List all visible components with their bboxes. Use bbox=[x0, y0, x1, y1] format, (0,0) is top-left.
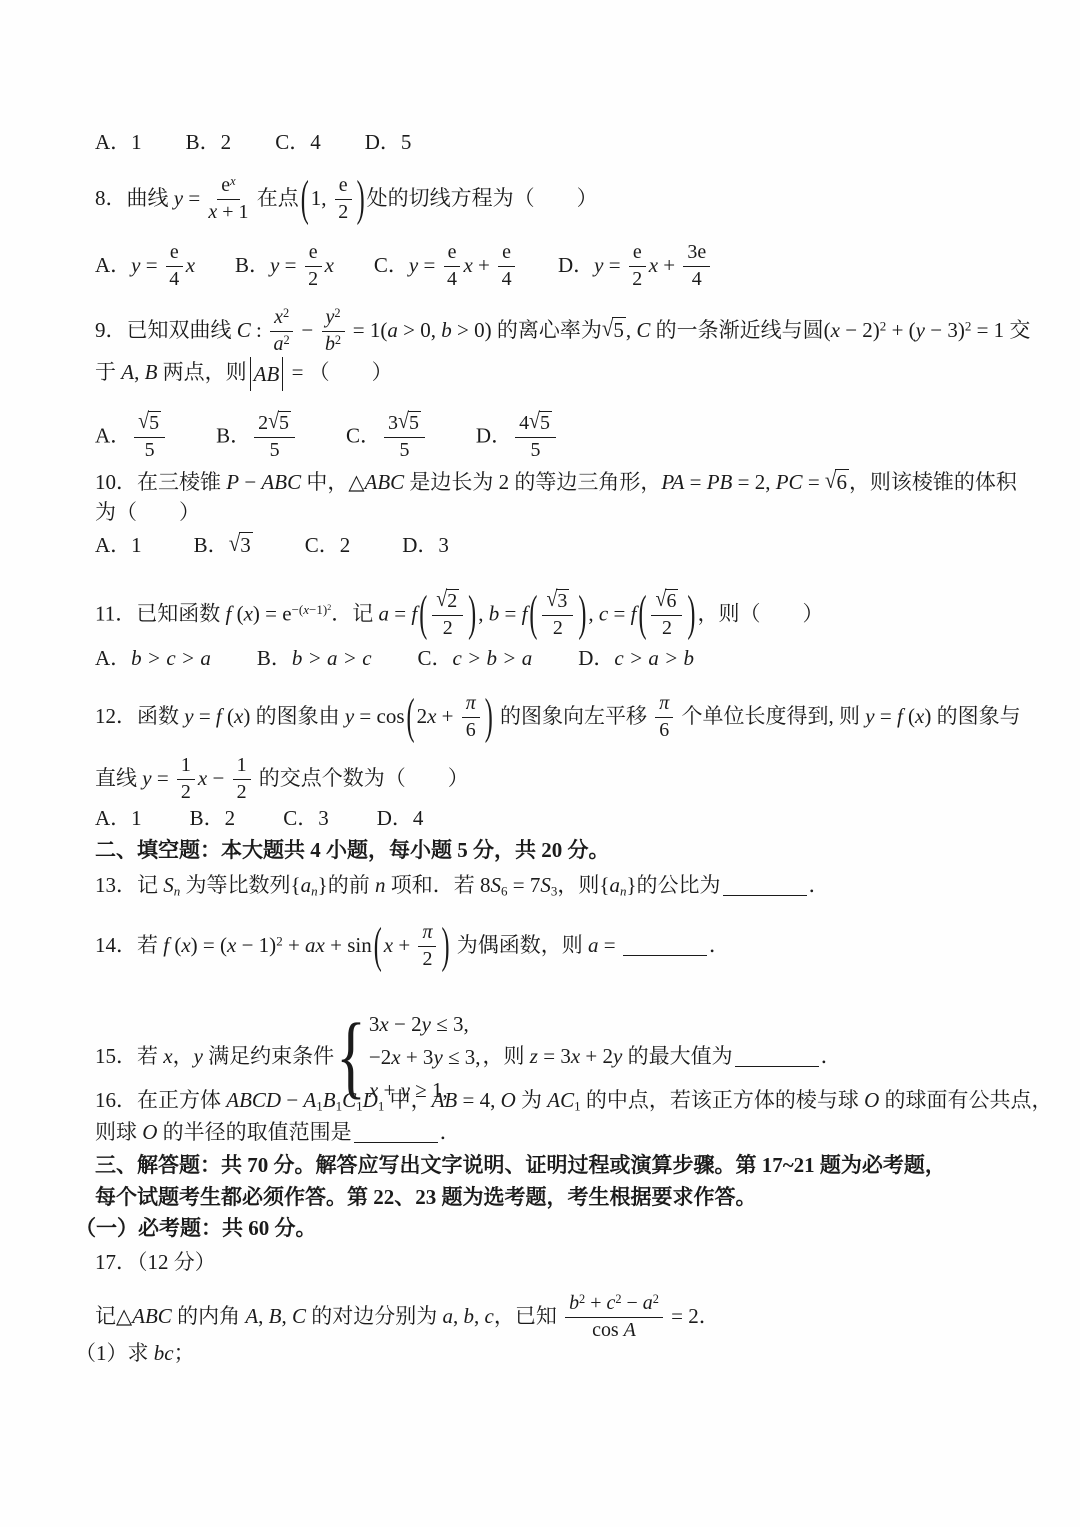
math-run: x bbox=[198, 766, 207, 790]
text-run: = bbox=[499, 601, 521, 625]
math-run: x bbox=[208, 201, 217, 223]
text-run: = 4, bbox=[457, 1088, 500, 1112]
exam-page: A．1B．2C．4D．5 8．曲线 y = exx + 1 在点(1, e2)处… bbox=[0, 0, 1080, 1527]
text-run: 5 bbox=[540, 412, 550, 434]
paren-group: (√22) bbox=[418, 590, 477, 641]
question-9-line-2: 于 A, B 两点，则AB = （ ） bbox=[95, 357, 393, 391]
radicand: 6 bbox=[665, 589, 678, 612]
fraction-denominator: 6 bbox=[659, 718, 669, 743]
radical-sign-icon: √ bbox=[602, 311, 614, 345]
text-run: = bbox=[279, 253, 301, 277]
paren-content: √62 bbox=[648, 590, 685, 641]
fraction-numerator: e bbox=[166, 241, 183, 267]
right-paren-icon: ) bbox=[440, 922, 450, 972]
math-run: ABCD bbox=[226, 1088, 281, 1112]
text-run: ，则 bbox=[557, 873, 599, 897]
paren-group: (x + π2) bbox=[373, 922, 451, 972]
text-run: 3 bbox=[369, 1012, 380, 1036]
math-run: A bbox=[303, 1088, 316, 1112]
fraction-denominator: 5 bbox=[531, 438, 541, 463]
math-run: x bbox=[186, 253, 195, 277]
text-run: = bbox=[183, 186, 205, 210]
text-run: A． bbox=[95, 646, 131, 670]
fraction-denominator: 2 bbox=[662, 616, 672, 641]
text-run: = bbox=[152, 766, 174, 790]
text-run: 17．（12 分） bbox=[95, 1250, 216, 1274]
text-run: = 1 交 bbox=[971, 318, 1030, 342]
fraction: e4 bbox=[498, 241, 515, 291]
absolute-value: AB bbox=[250, 357, 284, 391]
fraction-numerator: e bbox=[629, 241, 646, 267]
radicand: 5 bbox=[539, 411, 552, 434]
question-17-header: 17．（12 分） bbox=[95, 1247, 216, 1277]
math-run: y bbox=[142, 766, 151, 790]
radical-sign-icon: √ bbox=[138, 409, 149, 435]
text-run: + bbox=[393, 933, 415, 957]
fraction-numerator: √3 bbox=[542, 589, 573, 616]
text-run: 2 bbox=[632, 268, 642, 290]
math-run: π bbox=[466, 692, 476, 714]
math-run: D bbox=[363, 1088, 378, 1112]
math-run: S bbox=[540, 873, 551, 897]
text-run: 5 bbox=[613, 318, 624, 342]
fraction-numerator: √5 bbox=[134, 411, 165, 438]
math-run: y bbox=[270, 253, 279, 277]
fraction-denominator: 6 bbox=[466, 718, 476, 743]
math-run: x bbox=[427, 704, 436, 728]
question-17-body: 记△ABC 的内角 A, B, C 的对边分别为 a, b, c，已知 b2 +… bbox=[95, 1293, 720, 1343]
math-run: y bbox=[409, 253, 418, 277]
text-run: − bbox=[207, 766, 229, 790]
fraction-numerator: y2 bbox=[322, 306, 345, 332]
text-run: ， bbox=[173, 1044, 194, 1068]
text-run: ) 的图象由 bbox=[243, 704, 345, 728]
text-run: 4 bbox=[692, 268, 702, 290]
text-run: 5 bbox=[279, 412, 289, 434]
math-run: B bbox=[269, 1304, 282, 1328]
fraction: exx + 1 bbox=[208, 174, 248, 224]
fraction-numerator: e bbox=[444, 241, 461, 267]
section-2-header: 二、填空题：本大题共 4 小题，每小题 5 分，共 20 分。 bbox=[95, 835, 610, 865]
text-run: 为偶函数，则 bbox=[452, 933, 589, 957]
section-3-subheader: （一）必考题：共 60 分。 bbox=[75, 1213, 317, 1243]
text-run: , bbox=[474, 1304, 485, 1328]
case-row: −2x + 3y ≤ 3, bbox=[369, 1044, 481, 1070]
radicand: 6 bbox=[835, 469, 849, 493]
math-run: a bbox=[643, 1292, 653, 1314]
text-run: −( bbox=[292, 602, 304, 617]
fraction: √22 bbox=[432, 589, 463, 640]
text-run: ( bbox=[231, 601, 243, 625]
superscript: x bbox=[230, 174, 236, 188]
fraction-numerator: b2 + c2 − a2 bbox=[565, 1292, 663, 1318]
fraction-numerator: π bbox=[418, 921, 436, 947]
math-run: x bbox=[649, 253, 658, 277]
fraction-denominator: 4 bbox=[692, 267, 702, 292]
text-run: 记△ bbox=[95, 1304, 132, 1328]
math-run: a bbox=[301, 873, 312, 897]
text-run: = bbox=[684, 470, 706, 494]
question-8: 8．曲线 y = exx + 1 在点(1, e2)处的切线方程为（ ） bbox=[95, 175, 598, 225]
square-root: √3 bbox=[546, 590, 569, 612]
text-run: = bbox=[141, 253, 163, 277]
text-run: , bbox=[588, 601, 599, 625]
text-run: 的最大值为 bbox=[622, 1044, 732, 1068]
fraction: 12 bbox=[177, 754, 195, 804]
square-root: √5 bbox=[529, 412, 552, 434]
question-12-line-1: 12．函数 y = f (x) 的图象由 y = cos(2x + π6) 的图… bbox=[95, 693, 1021, 743]
fraction-denominator: 2 bbox=[422, 947, 432, 972]
fraction-numerator: π bbox=[655, 692, 673, 718]
radicand: 3 bbox=[556, 589, 569, 612]
text-run: ． bbox=[440, 1120, 461, 1144]
fraction-numerator: 1 bbox=[177, 754, 195, 780]
fraction-denominator: 2 bbox=[308, 267, 318, 292]
radical-sign-icon: √ bbox=[529, 409, 540, 435]
text-run: − 2) bbox=[840, 318, 880, 342]
math-run: b bbox=[489, 601, 500, 625]
text-run: > 0) 的离心率为 bbox=[452, 318, 602, 342]
superscript: −(x−1)2 bbox=[292, 602, 332, 617]
text-run: 2 bbox=[258, 412, 268, 434]
text-run: 为（ ） bbox=[95, 500, 200, 524]
math-run: C bbox=[342, 1088, 356, 1112]
text-run: 直线 bbox=[95, 766, 142, 790]
math-run: x bbox=[181, 933, 190, 957]
math-run: y bbox=[865, 704, 874, 728]
math-run: B bbox=[145, 360, 158, 384]
text-run: C． bbox=[374, 253, 409, 277]
math-run: O bbox=[142, 1120, 157, 1144]
text-run: 为等比数列 bbox=[180, 873, 290, 897]
left-paren-icon: ( bbox=[418, 591, 428, 641]
section-3-header-line-1: 三、解答题：共 70 分。解答应写出文字说明、证明过程或演算步骤。第 17~21… bbox=[95, 1150, 946, 1180]
text-run: 2 bbox=[422, 948, 432, 970]
text-run: + bbox=[436, 704, 458, 728]
text-run: D．3 bbox=[402, 533, 449, 557]
text-run: − bbox=[239, 470, 261, 494]
math-run: O bbox=[501, 1088, 516, 1112]
text-run: = bbox=[875, 704, 897, 728]
text-run: 4 bbox=[502, 268, 512, 290]
right-paren-icon: ) bbox=[356, 175, 366, 225]
text-run: 中，△ bbox=[301, 470, 364, 494]
text-run: 2 bbox=[553, 617, 563, 639]
text-run: A．1 bbox=[95, 130, 142, 154]
question-10-options: A．1B．√3C．2D．3 bbox=[95, 530, 449, 560]
square-root: √6 bbox=[655, 590, 678, 612]
text-run: 2 bbox=[417, 704, 428, 728]
text-run: e bbox=[221, 174, 230, 196]
fraction-denominator: 4 bbox=[169, 267, 179, 292]
fraction-denominator: 2 bbox=[632, 267, 642, 292]
text-run: C． bbox=[418, 646, 453, 670]
fraction: e4 bbox=[166, 241, 183, 291]
question-10-line-2: 为（ ） bbox=[95, 497, 200, 527]
text-run: , bbox=[281, 1304, 292, 1328]
math-run: ABC bbox=[365, 470, 405, 494]
text-run: 2 bbox=[443, 617, 453, 639]
fraction-denominator: 5 bbox=[399, 438, 409, 463]
text-run: B．2 bbox=[186, 130, 232, 154]
text-run: 6 bbox=[836, 470, 847, 494]
math-run: B bbox=[323, 1088, 336, 1112]
math-run: z bbox=[530, 1044, 538, 1068]
fraction-denominator: 2 bbox=[553, 616, 563, 641]
text-run: = bbox=[389, 601, 411, 625]
fraction: 2√55 bbox=[254, 411, 295, 462]
text-run: 3 bbox=[557, 590, 567, 612]
square-root: √5 bbox=[268, 412, 291, 434]
answer-blank bbox=[623, 951, 707, 956]
square-root: √3 bbox=[229, 533, 253, 557]
text-run: } bbox=[318, 873, 328, 897]
text-run: − 2 bbox=[389, 1012, 422, 1036]
math-run: x bbox=[571, 1044, 580, 1068]
text-run: 2 bbox=[181, 781, 191, 803]
question-13: 13．记 Sn 为等比数列{an}的前 n 项和．若 8S6 = 7S3，则{a… bbox=[95, 870, 830, 906]
text-run: 的前 bbox=[328, 873, 375, 897]
radical-sign-icon: √ bbox=[436, 587, 447, 613]
text-run: ． bbox=[809, 873, 830, 897]
text-run: 2 bbox=[308, 268, 318, 290]
fraction-numerator: 2√5 bbox=[254, 411, 295, 438]
fraction-denominator: 2 bbox=[237, 780, 247, 805]
math-run: PC bbox=[776, 470, 803, 494]
math-run: PB bbox=[707, 470, 733, 494]
math-run: C bbox=[237, 318, 251, 342]
math-run: x bbox=[831, 318, 840, 342]
paren-group: (2x + π6) bbox=[406, 693, 494, 743]
text-run: B． bbox=[194, 533, 229, 557]
radical-sign-icon: √ bbox=[546, 587, 557, 613]
superscript: 2 bbox=[653, 1292, 659, 1306]
exam-content: A．1B．2C．4D．5 8．曲线 y = exx + 1 在点(1, e2)处… bbox=[95, 0, 985, 1527]
paren-content: √32 bbox=[539, 590, 576, 641]
math-run: x bbox=[915, 704, 924, 728]
fraction: 4√55 bbox=[515, 411, 556, 462]
text-run: D．4 bbox=[377, 806, 424, 830]
math-run: c bbox=[599, 601, 608, 625]
question-12-line-2: 直线 y = 12x − 12 的交点个数为（ ） bbox=[95, 755, 469, 805]
text-run: 两点，则 bbox=[157, 360, 246, 384]
text-run: e bbox=[502, 241, 511, 263]
text-run: 三、解答题：共 70 分。解答应写出文字说明、证明过程或演算步骤。第 17~21… bbox=[95, 1153, 946, 1177]
superscript: 2 bbox=[334, 306, 340, 320]
square-root: √5 bbox=[138, 412, 161, 434]
fraction: b2 + c2 − a2cos A bbox=[565, 1292, 663, 1342]
text-run: + bbox=[283, 933, 305, 957]
left-paren-icon: ( bbox=[528, 591, 538, 641]
fraction-numerator: √2 bbox=[432, 589, 463, 616]
math-run: b > c > a bbox=[131, 646, 211, 670]
text-run: 个单位长度得到, 则 bbox=[676, 704, 865, 728]
text-run: , bbox=[453, 1304, 464, 1328]
math-run: f bbox=[631, 601, 637, 625]
question-16-line-2: 则球 O 的半径的取值范围是． bbox=[95, 1117, 461, 1147]
math-run: AB bbox=[432, 1088, 458, 1112]
question-8-options: A．y = e4xB．y = e2xC．y = e4x + e4D．y = e2… bbox=[95, 242, 713, 292]
math-run: x bbox=[230, 174, 236, 188]
text-run: （一）必考题：共 60 分。 bbox=[75, 1216, 317, 1240]
fraction-numerator: π bbox=[462, 692, 480, 718]
question-10-line-1: 10．在三棱锥 P − ABC 中，△ABC 是边长为 2 的等边三角形，PA … bbox=[95, 467, 1017, 497]
text-run: ．记 bbox=[331, 601, 378, 625]
text-run: 6 bbox=[659, 719, 669, 741]
text-run: ． bbox=[709, 933, 730, 957]
text-run: { bbox=[599, 873, 609, 897]
fraction-numerator: e bbox=[305, 241, 322, 267]
math-run: ABC bbox=[261, 470, 301, 494]
fraction-numerator: x2 bbox=[270, 306, 293, 332]
question-14: 14．若 f (x) = (x − 1)2 + ax + sin(x + π2)… bbox=[95, 922, 730, 972]
text-run: > 0, bbox=[398, 318, 441, 342]
left-paren-icon: ( bbox=[637, 591, 647, 641]
text-run: 11．已知函数 bbox=[95, 601, 225, 625]
text-run: 4 bbox=[519, 412, 529, 434]
text-run: 4 bbox=[447, 268, 457, 290]
square-root: √5 bbox=[602, 318, 626, 342]
radicand: 5 bbox=[408, 411, 421, 434]
text-run: = bbox=[603, 253, 625, 277]
text-run: A． bbox=[95, 423, 131, 447]
text-run: 的图象向左平移 bbox=[495, 704, 653, 728]
question-16-line-1: 16．在正方体 ABCD − A1B1C1D1 中，AB = 4, O 为 AC… bbox=[95, 1085, 1053, 1121]
radical-sign-icon: √ bbox=[229, 526, 241, 560]
text-run: + bbox=[658, 253, 680, 277]
text-run: B． bbox=[257, 646, 292, 670]
math-run: ABC bbox=[132, 1304, 172, 1328]
question-17-part-1: （1）求 bc； bbox=[75, 1338, 195, 1368]
paren-content: √22 bbox=[429, 590, 466, 641]
fraction-denominator: cos A bbox=[592, 1318, 636, 1343]
text-run: = bbox=[803, 470, 825, 494]
math-run: b bbox=[464, 1304, 475, 1328]
radicand: 3 bbox=[239, 532, 253, 556]
fraction: e2 bbox=[629, 241, 646, 291]
math-run: c bbox=[606, 1292, 615, 1314]
text-run: D． bbox=[476, 423, 512, 447]
math-run: y bbox=[916, 318, 925, 342]
paren-group: (√62) bbox=[637, 590, 696, 641]
radical-sign-icon: √ bbox=[268, 409, 279, 435]
answer-blank bbox=[735, 1062, 819, 1067]
text-run: ，则（ ） bbox=[697, 601, 823, 625]
text-run: 5 bbox=[531, 439, 541, 461]
text-run: 的一条渐近线与圆( bbox=[650, 318, 830, 342]
left-paren-icon: ( bbox=[406, 693, 416, 743]
math-run: π bbox=[659, 692, 669, 714]
text-run: ，则 bbox=[483, 1044, 530, 1068]
math-run: c > a > b bbox=[614, 646, 694, 670]
text-run: = 3 bbox=[538, 1044, 571, 1068]
question-11: 11．已知函数 f (x) = e−(x−1)2．记 a = f(√22), b… bbox=[95, 590, 823, 641]
math-run: x bbox=[244, 601, 253, 625]
text-run: = 7 bbox=[507, 873, 540, 897]
math-run: y bbox=[345, 704, 354, 728]
text-run: A．1 bbox=[95, 533, 142, 557]
radical-sign-icon: √ bbox=[655, 587, 666, 613]
text-run: 满足约束条件 bbox=[203, 1044, 334, 1068]
text-run: − 1) bbox=[236, 933, 276, 957]
math-run: a bbox=[588, 933, 599, 957]
text-run: 4 bbox=[169, 268, 179, 290]
math-run: C bbox=[636, 318, 650, 342]
text-run: { bbox=[291, 873, 301, 897]
radical-sign-icon: √ bbox=[825, 463, 837, 497]
text-run: B． bbox=[235, 253, 270, 277]
case-row: 3x − 2y ≤ 3, bbox=[369, 1011, 481, 1037]
text-run: 5 bbox=[149, 412, 159, 434]
text-run: e bbox=[309, 241, 318, 263]
text-run: B．2 bbox=[190, 806, 236, 830]
radicand: 2 bbox=[446, 589, 459, 612]
text-run: , bbox=[478, 601, 489, 625]
question-7-options: A．1B．2C．4D．5 bbox=[95, 127, 411, 157]
text-run: + sin bbox=[325, 933, 372, 957]
fraction-denominator: b2 bbox=[325, 332, 341, 357]
fraction-denominator: 2 bbox=[338, 200, 348, 225]
text-run: − bbox=[281, 1088, 303, 1112]
fraction: 3e4 bbox=[683, 241, 710, 291]
text-run: 2 bbox=[283, 306, 289, 320]
text-run: 8．曲线 bbox=[95, 186, 174, 210]
text-run: ． bbox=[821, 1044, 842, 1068]
math-run: y bbox=[184, 704, 193, 728]
fraction-numerator: e bbox=[498, 241, 515, 267]
math-run: b bbox=[325, 333, 335, 355]
fraction-denominator: 2 bbox=[443, 616, 453, 641]
answer-blank bbox=[723, 891, 807, 896]
math-run: y bbox=[433, 1045, 442, 1069]
text-run: e bbox=[170, 241, 179, 263]
text-run: } bbox=[626, 873, 636, 897]
text-run: 的半径的取值范围是 bbox=[157, 1120, 351, 1144]
text-run: 1 bbox=[181, 754, 191, 776]
math-run: a bbox=[379, 601, 390, 625]
math-run: c bbox=[485, 1304, 494, 1328]
text-run: ) = e bbox=[253, 601, 292, 625]
text-run: = cos bbox=[354, 704, 404, 728]
math-run: x bbox=[384, 933, 393, 957]
text-run: e bbox=[633, 241, 642, 263]
math-run: c > b > a bbox=[453, 646, 533, 670]
math-run: n bbox=[375, 873, 386, 897]
math-run: b > a > c bbox=[292, 646, 372, 670]
math-run: O bbox=[864, 1088, 879, 1112]
fraction-numerator: 3√5 bbox=[384, 411, 425, 438]
text-run: 13．记 bbox=[95, 873, 163, 897]
text-run: C．4 bbox=[275, 130, 321, 154]
text-run: 16．在正方体 bbox=[95, 1088, 226, 1112]
text-run: 2 bbox=[237, 781, 247, 803]
text-run: − bbox=[296, 318, 318, 342]
text-run: 1 bbox=[237, 754, 247, 776]
text-run: = bbox=[599, 933, 621, 957]
text-run: e bbox=[448, 241, 457, 263]
text-run: 每个试题考生都必须作答。第 22、23 题为选考题，考生根据要求作答。 bbox=[95, 1185, 757, 1209]
paren-content: x + π2 bbox=[384, 922, 440, 972]
text-run: , bbox=[258, 1304, 269, 1328]
text-run: 的中点，若该正方体的棱与球 bbox=[581, 1088, 865, 1112]
fraction: 3√55 bbox=[384, 411, 425, 462]
fraction-denominator: a2 bbox=[274, 332, 290, 357]
text-run: 2 bbox=[653, 1292, 659, 1306]
math-run: x bbox=[274, 306, 283, 328]
math-run: y bbox=[174, 186, 183, 210]
text-run: 5 bbox=[409, 412, 419, 434]
text-run: 5 bbox=[270, 439, 280, 461]
